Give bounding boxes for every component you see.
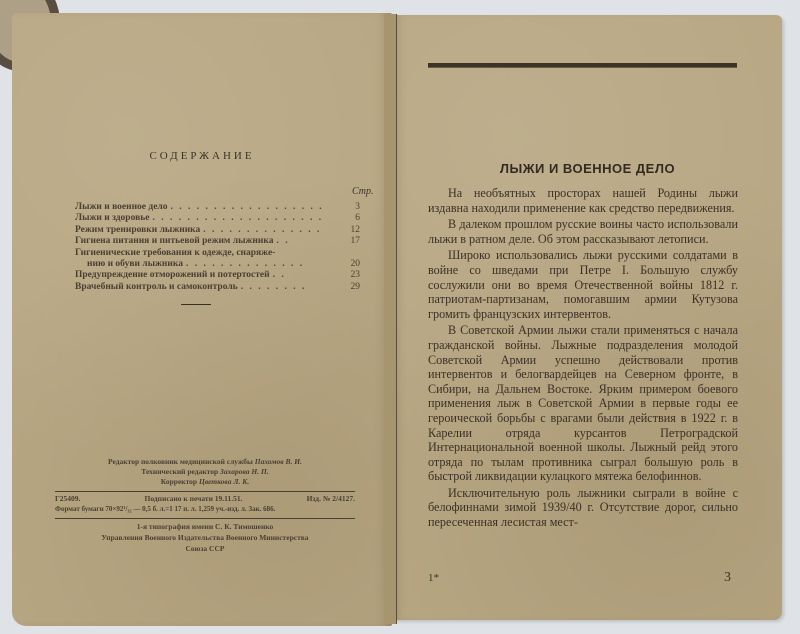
toc-item: Лыжи и военное дело. . . . . . . . . . .…	[75, 202, 360, 213]
signature-mark: 1*	[428, 572, 439, 584]
chapter-title: ЛЫЖИ И ВОЕННОЕ ДЕЛО	[393, 161, 782, 176]
header-rule	[428, 63, 737, 68]
publisher: Управления Военного Издательства Военног…	[55, 532, 355, 543]
tech-editor-credit: Технический редактор Захарова Н. П.	[55, 467, 355, 477]
chapter-body: На необъятных просторах нашей Родины лыж…	[428, 186, 738, 532]
paragraph: Исключительную роль лыжники сыграли в во…	[428, 486, 738, 530]
paragraph: В Советской Армии лыжи стали применяться…	[428, 323, 738, 484]
editor-credit: Редактор полковник медицинской службы Па…	[55, 457, 355, 467]
toc-item: Врачебный контроль и самоконтроль. . . .…	[75, 282, 360, 293]
toc-item: нию и обуви лыжника. . . . . . . . . . .…	[75, 259, 360, 270]
toc-item: Режим тренировки лыжника. . . . . . . . …	[75, 225, 360, 236]
toc-item: Гигиенические требования к одежде, снаря…	[75, 248, 360, 259]
toc-item: Лыжи и здоровье. . . . . . . . . . . . .…	[75, 213, 360, 224]
paragraph: На необъятных просторах нашей Родины лыж…	[428, 186, 738, 215]
toc-title: СОДЕРЖАНИЕ	[12, 150, 392, 162]
imprint-rule	[55, 518, 355, 519]
page-number: 3	[724, 570, 731, 586]
printer: 1-я типография имени С. К. Тимошенко	[55, 521, 355, 532]
toc-item: Предупреждение отморожений и потертостей…	[75, 270, 360, 281]
toc-list: Лыжи и военное дело. . . . . . . . . . .…	[75, 202, 360, 293]
toc-page-label: Стр.	[352, 186, 374, 197]
imprint: Редактор полковник медицинской службы Па…	[55, 457, 355, 554]
imprint-rule	[55, 491, 355, 492]
toc-divider	[181, 304, 211, 305]
imprint-format: Формат бумаги 70×92¹/₃₂ — 0,5 б. л.=1 17…	[55, 504, 355, 514]
toc-item: Гигиена питания и питьевой режим лыжника…	[75, 236, 360, 247]
corrector-credit: Корректор Цветкова Л. К.	[55, 477, 355, 487]
paragraph: В далеком прошлом русские воины часто ис…	[428, 217, 738, 246]
imprint-details: Г25409. Подписано к печати 19.11.51. Изд…	[55, 494, 355, 504]
paragraph: Широко использовались лыжи русскими солд…	[428, 248, 738, 321]
country: Союза ССР	[55, 543, 355, 554]
book-spine	[384, 14, 397, 624]
